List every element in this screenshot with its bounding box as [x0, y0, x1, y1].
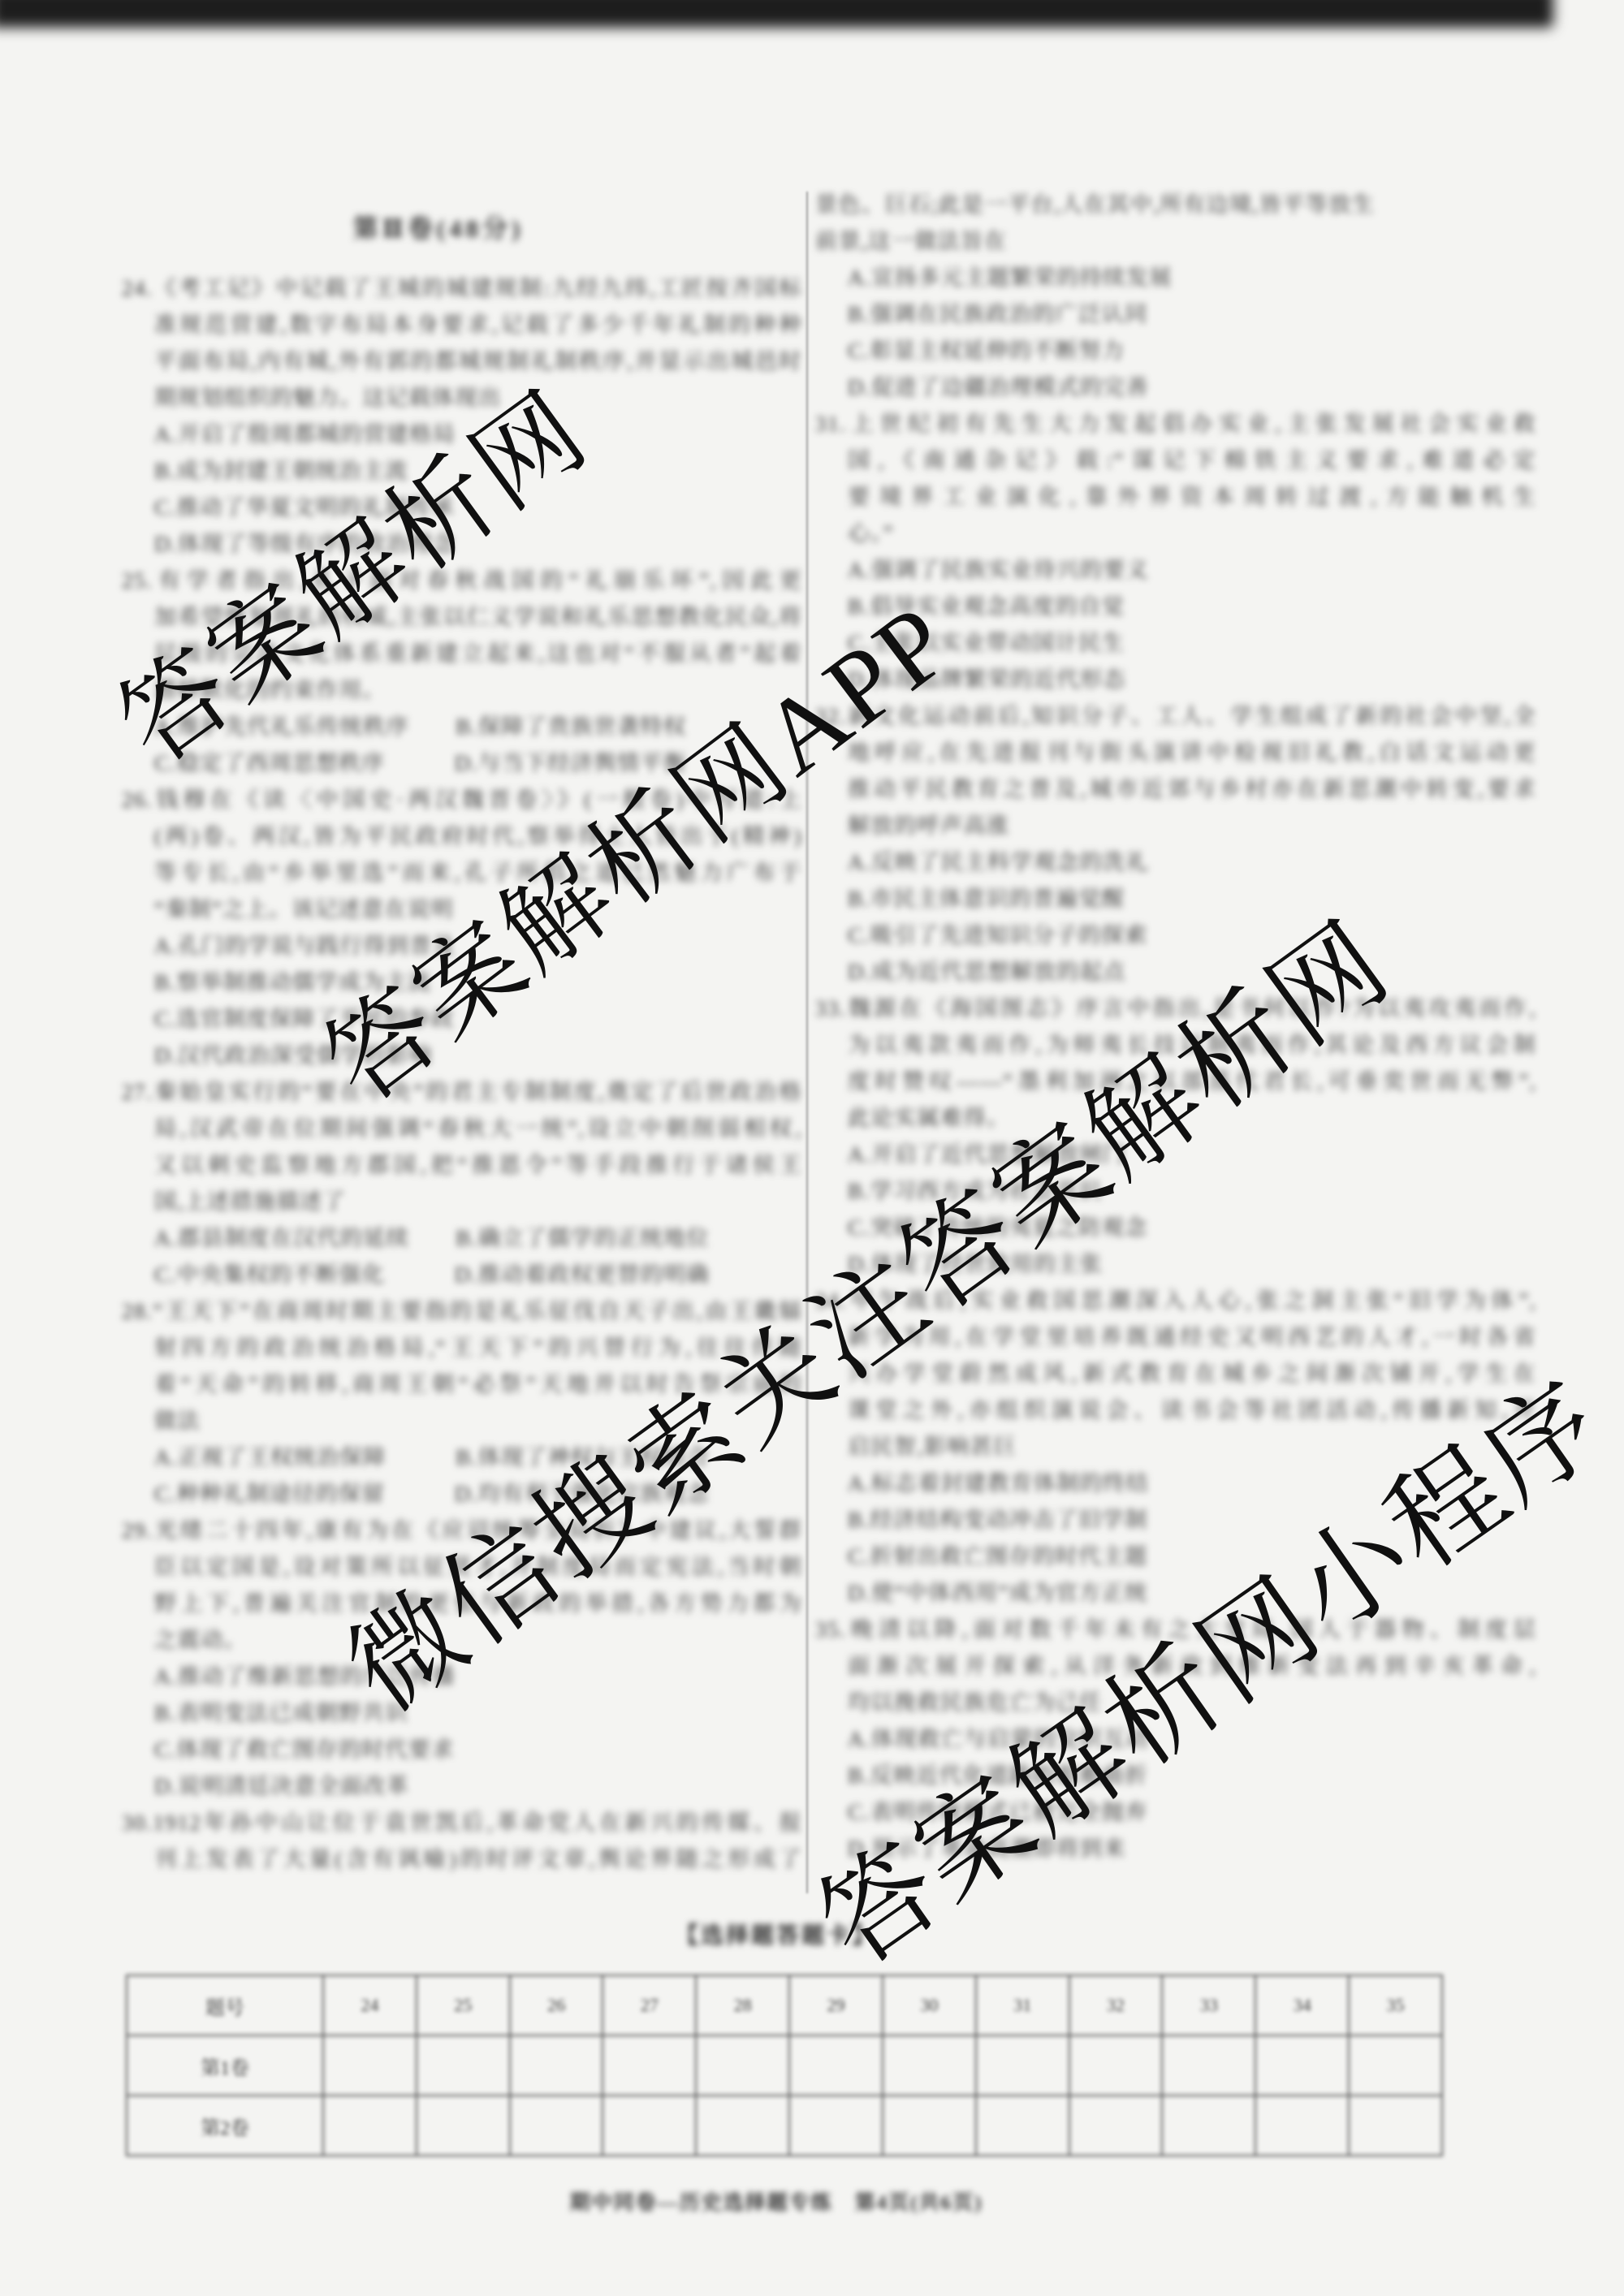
question-number-cell: 27	[603, 1975, 696, 2035]
text-line: C.主张以实业带动国计民生	[815, 625, 1536, 662]
text-line: A.开启了近代思想解放闸门	[815, 1137, 1536, 1173]
question-number-cell: 33	[1162, 1975, 1255, 2035]
answer-cell	[789, 2035, 883, 2095]
text-line: 35.晚清以降,面对数千年未有之大变局,国人于器物、制度层	[815, 1612, 1536, 1648]
text-line: 30.1912年孙中山让位于袁世凯后,革命党人在新兴的传媒、报	[122, 1805, 802, 1841]
text-line: 准规范营建,数字布局本身要求,记载了多少千年礼制的种种	[122, 307, 802, 343]
answer-cell	[1349, 2095, 1442, 2156]
answer-card-table: 题号242526272829303132333435 第1卷第2卷	[126, 1974, 1443, 2156]
text-line: B.市民主体意识的普遍觉醒	[815, 881, 1536, 917]
text-line: A.反映了民主科学观念的洗礼	[815, 844, 1536, 881]
text-line: D.体现了等级有序的政治理念	[122, 526, 802, 563]
text-line: “秦制”之上。该记述意在说明	[122, 891, 802, 928]
text-line: B.察举制推动儒学成为主流	[122, 965, 802, 1001]
answer-cell	[696, 2035, 789, 2095]
question-number-cell: 25	[417, 1975, 510, 2035]
question-number-cell: 28	[696, 1975, 789, 2035]
scanned-exam-page: { "page": { "background": "#f4f4f2", "to…	[0, 0, 1624, 2296]
text-line: C.彰显主权延伸的不断努力	[815, 333, 1536, 369]
answer-card-title: 【选择题答题卡】	[0, 1918, 1553, 1950]
text-line: A.强调了民族实业待兴的要义	[815, 552, 1536, 589]
question-number-cell: 32	[1069, 1975, 1163, 2035]
answer-cell	[603, 2095, 696, 2156]
text-line: D.使“中体西用”成为官方正统	[815, 1575, 1536, 1612]
text-line: 刊上发表了大量(含有讽喻)的时评文章,舆论界随之形成了	[122, 1841, 802, 1878]
text-line: A.郡县制度在汉代的延续 B.确立了儒学的正统地位	[122, 1220, 802, 1257]
text-line: 度时赞叹——“墨利加洲之以部落代君长,可垂奕世而无弊”,	[815, 1064, 1536, 1100]
text-line: 26.钱穆在《读〈中国史·两汉魏晋卷〉》(一般卷)中写道:上	[122, 782, 802, 818]
answer-cell	[323, 2095, 417, 2156]
answer-cell	[1255, 2095, 1349, 2156]
question-number-cell: 34	[1255, 1975, 1349, 2035]
text-line: 景色、巨石;此是一平台,人在其中,所有边境,皆平等放生	[815, 187, 1536, 223]
column-divider-line	[806, 192, 808, 1893]
text-line: C.折射出救亡图存的时代主题	[815, 1539, 1536, 1575]
text-line: 27.秦始皇实行的“要在中央”的君主专制制度,奠定了后世政治格	[122, 1074, 802, 1111]
text-line: B.反映近代化道路的艰难曲折	[815, 1758, 1536, 1794]
text-line: 32.新文化运动前后,知识分子、工人、学生组成了新的社会中坚,全	[815, 698, 1536, 735]
text-line: A.体现救亡与启蒙的交织互动	[815, 1721, 1536, 1758]
text-line: A.推动了维新思想的广泛传播	[122, 1659, 802, 1695]
text-line: 24.《考工记》中记载了王城的城建规制:九经九纬,工匠按齐国标	[122, 270, 802, 307]
answer-cell	[883, 2035, 976, 2095]
text-line: 潜移默化的约束作用。	[122, 672, 802, 709]
text-line: 31.上世纪初有先生大力发起倡办实业,主张发展社会实业救	[815, 406, 1536, 442]
text-line: D.说明清廷决意全面改革	[122, 1768, 802, 1805]
text-line: 此论实属难得。	[815, 1100, 1536, 1137]
text-line: 兴办学堂蔚然成风,新式教育在城乡之间渐次铺开,学生在	[815, 1356, 1536, 1392]
question-number-cell: 26	[510, 1975, 603, 2035]
text-line: C.选官制度保障了平民的参政	[122, 1001, 802, 1038]
right-column-lines: 景色、巨石;此是一平台,人在其中,所有边境,皆平等放生前景,这一做法旨在A.宣扬…	[815, 187, 1536, 1867]
text-line: B.强调在民族政治的广泛认同	[815, 296, 1536, 333]
text-line: 为以夷款夷而作,为师夷长技以制夷而作,其论及西方议会制	[815, 1027, 1536, 1064]
text-line: B.倡导实业观念高度的自觉	[815, 589, 1536, 625]
text-line: A.正视了王权统治保障 B.体现了神权与王权结合	[122, 1439, 802, 1476]
text-line: C.中央集权的不断强化 D.推动着政权更替的明确	[122, 1257, 802, 1293]
text-line: 均以挽救民族危亡为己任	[815, 1685, 1536, 1721]
text-line: 国,《南通杂记》载:“谋记下棉铁主义要求,难道必定	[815, 442, 1536, 479]
text-line: 着“天命”的转移,商周王朝“必祭”天地并以时告祭宗庙的	[122, 1366, 802, 1403]
answer-table-header: 题号242526272829303132333435	[127, 1975, 1442, 2035]
page-footer: 期中同卷—历史选择题专练 第4页(共6页)	[0, 2186, 1553, 2216]
text-line: C.种种礼制途径的保留 D.均有利于强化宗族观念	[122, 1476, 802, 1513]
text-line: D.促进了边疆治理模式的完善	[815, 369, 1536, 406]
text-line: 心。”	[815, 516, 1536, 552]
text-line: A.孔门的学说与践行得到普及	[122, 928, 802, 965]
text-line: C.表明传统模式已被完全抛弃	[815, 1794, 1536, 1831]
text-line: B.表明变法已成朝野共识	[122, 1695, 802, 1732]
answer-cell	[696, 2095, 789, 2156]
text-line: 新学为用,在学堂里培养既通经史又明西艺的人才,一时各省	[815, 1319, 1536, 1356]
text-line: 国,上述措施描述了	[122, 1184, 802, 1220]
text-line: C.突破了传统的夷夏之防观念	[815, 1210, 1536, 1246]
text-line: 25.有学者指出,孔子面对春秋战国的“礼崩乐坏”,因此更	[122, 563, 802, 599]
text-line: 射四方的政治统治格局,“王天下”的兴替行为,往往伴随	[122, 1330, 802, 1366]
question-number-cell: 29	[789, 1975, 883, 2035]
text-line: D.体现了经世致用的主张	[815, 1246, 1536, 1283]
scan-top-bar	[0, 0, 1553, 28]
answer-cell	[1255, 2035, 1349, 2095]
text-line: 地呼应,在先进报刊与街头演讲中检视旧礼教,白话文运动更	[815, 735, 1536, 771]
answer-cell	[417, 2095, 510, 2156]
text-line: 等专长,由“乡举里选”而来,孔子所倡之道已然魅力广布于	[122, 855, 802, 891]
text-line: 前景,这一做法旨在	[815, 223, 1536, 260]
text-line: B.学习西方成为社会共识	[815, 1173, 1536, 1210]
text-line: 期规划组织的魅力。这记载体现出	[122, 380, 802, 416]
text-line: A.开启了殷周都城的营建格局	[122, 416, 802, 453]
text-line: 臣以定国是,设对策所以征贤才,开制度局而定宪法,当时朝	[122, 1549, 802, 1586]
answer-cell	[789, 2095, 883, 2156]
text-line: 要境界工业演化,靠外界资本周转过渡,方能触机生	[815, 479, 1536, 516]
text-line: 层级的宗法文化体系重新建立起来,这也对“不服从者”起着	[122, 636, 802, 672]
section-title: 第Ⅱ卷(48分)	[268, 208, 609, 244]
text-line: 加希望恢复周礼的权威,主张以仁义学说和礼乐思想教化民众,将多	[122, 599, 802, 636]
text-line: 启民智,影响甚巨	[815, 1429, 1536, 1465]
text-line: 推动平民教育之普及,城市近郊与乡村亦在新思潮中转变,要求	[815, 771, 1536, 808]
answer-cell	[976, 2095, 1069, 2156]
left-column-lines: 24.《考工记》中记载了王城的城建规制:九经九纬,工匠按齐国标准规范营建,数字布…	[122, 270, 802, 1878]
answer-cell	[976, 2035, 1069, 2095]
text-line: 又以刺史监察地方郡国,把“推恩令”等手段推行于诸侯王	[122, 1147, 802, 1184]
text-line: 之震动。	[122, 1622, 802, 1659]
text-line: A.标志着封建教育体制的终结	[815, 1465, 1536, 1502]
text-line: 解放的呼声高涨	[815, 808, 1536, 844]
text-line: C.推动了华夏文明的礼制传承	[122, 490, 802, 526]
answer-cell	[883, 2095, 976, 2156]
text-line: C.稳定了西周思想秩序 D.与当下经济舆情平衡	[122, 745, 802, 782]
text-line: C.体现了救亡图存的时代要求	[122, 1732, 802, 1768]
answer-row-label: 第1卷	[127, 2035, 323, 2095]
text-line: 平面布局,内有城,外有郭的都城规制礼制秩序,并显示出城邑时	[122, 343, 802, 380]
answer-cell	[1069, 2035, 1163, 2095]
text-line: 面渐次展开探索,从洋务新政到维新变法再到辛亥革命,	[815, 1648, 1536, 1685]
question-number-cell: 31	[976, 1975, 1069, 2035]
text-line: 课堂之外,亦组织演说会、读书会等社团活动,传播新知,开	[815, 1392, 1536, 1429]
text-line: 野上下,普遍关注官制的更张与新政的举措,各方势力都为	[122, 1586, 802, 1622]
text-line: 34.甲午战后,实业救国思潮深入人心,张之洞主张“旧学为体”,	[815, 1283, 1536, 1319]
text-line: C.吸引了先进知识分子的探索	[815, 917, 1536, 954]
text-line: B.经济结构变动冲击了旧学制	[815, 1502, 1536, 1539]
answer-cell	[1349, 2035, 1442, 2095]
text-line: A.宣扬多元主题繁荣的持续发展	[815, 260, 1536, 296]
text-line: A.维护先代礼乐传统秩序 B.保障了贵族世袭特权	[122, 709, 802, 745]
answer-row: 第1卷	[127, 2035, 1442, 2095]
text-line: D.汉代政治深受儒学的影响	[122, 1038, 802, 1074]
text-line: 局,汉武帝在位期间强调“春秋大一统”,设立中朝削弱相权,	[122, 1111, 802, 1147]
text-line: 28.“王天下”在商周时期主要指的是礼乐征伐自天子出,由王畿辐	[122, 1293, 802, 1330]
answer-cell	[323, 2035, 417, 2095]
text-line: D.成为近代思想解放的起点	[815, 954, 1536, 990]
answer-table-body: 第1卷第2卷	[127, 2035, 1442, 2156]
text-line: D.预示了革命高潮即将到来	[815, 1831, 1536, 1867]
answer-row-label: 第2卷	[127, 2095, 323, 2156]
question-number-cell: 30	[883, 1975, 976, 2035]
question-number-cell: 35	[1349, 1975, 1442, 2035]
text-line: (两)卷、两汉,皆为平民政府时代,察举得士人皆出于(精神)	[122, 818, 802, 855]
answer-cell	[510, 2095, 603, 2156]
answer-cell	[510, 2035, 603, 2095]
answer-cell	[603, 2035, 696, 2095]
answer-cell	[1162, 2035, 1255, 2095]
text-line: D.体现品牌繁荣的近代形态	[815, 662, 1536, 698]
text-line: B.成为封建王朝统治主流	[122, 453, 802, 490]
text-line: 29.光绪二十四年,康有为在《应诏统筹全局折》中建议,大誓群	[122, 1513, 802, 1549]
text-line: 33.魏源在《海国图志》序言中指出,是书何以作?为以夷攻夷而作,	[815, 990, 1536, 1027]
answer-cell	[417, 2035, 510, 2095]
question-number-cell: 24	[323, 1975, 417, 2035]
answer-cell	[1069, 2095, 1163, 2156]
text-line: 做法	[122, 1403, 802, 1439]
answer-row: 第2卷	[127, 2095, 1442, 2156]
answer-cell	[1162, 2095, 1255, 2156]
question-number-label-cell: 题号	[127, 1975, 323, 2035]
